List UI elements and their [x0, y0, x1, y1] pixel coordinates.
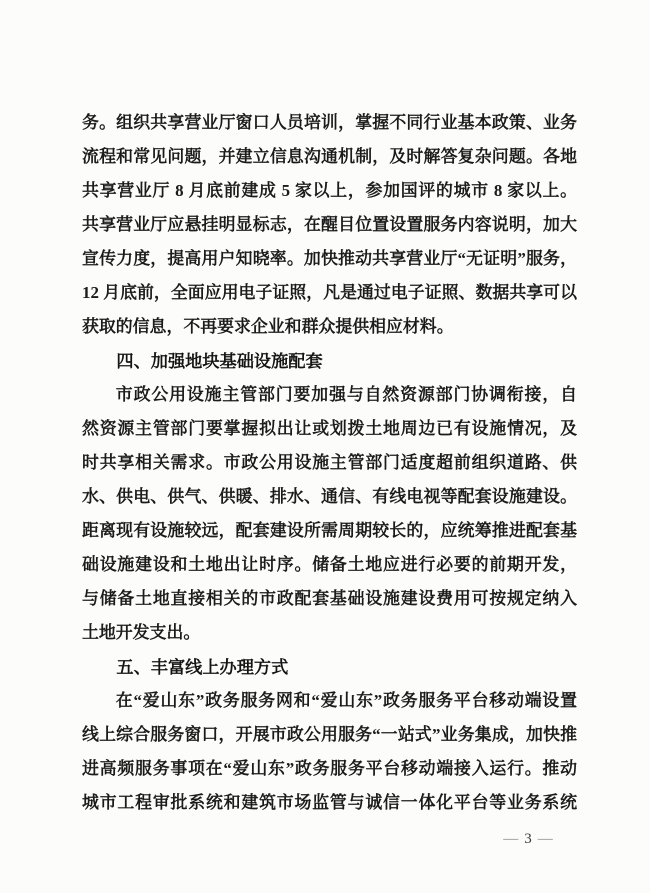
document-line-paragraph-start: 市政公用设施主管部门要加强与自然资源部门协调衔接，自 [82, 378, 577, 412]
document-line: 水、供电、供气、供暖、排水、通信、有线电视等配套设施建设。地块 [82, 480, 577, 514]
section-heading-4: 四、加强地块基础设施配套 [82, 344, 577, 378]
section-heading-5: 五、丰富线上办理方式 [82, 650, 577, 684]
document-line: 宣传力度，提高用户知晓率。加快推动共享营业厅“无证明”服务， [82, 242, 577, 276]
document-line: 务。组织共享营业厅窗口人员培训，掌握不同行业基本政策、业务 [82, 106, 577, 140]
document-line-paragraph-end: 土地开发支出。 [82, 616, 577, 650]
document-line-paragraph-start: 在“爱山东”政务服务网和“爱山东”政务服务平台移动端设置 [82, 684, 577, 718]
document-text-block: 务。组织共享营业厅窗口人员培训，掌握不同行业基本政策、业务 流程和常见问题，并建… [82, 106, 577, 820]
page-number: 3 [524, 831, 532, 847]
document-line: 12 月底前，全面应用电子证照，凡是通过电子证照、数据共享可以 [82, 276, 577, 310]
document-page: 务。组织共享营业厅窗口人员培训，掌握不同行业基本政策、业务 流程和常见问题，并建… [0, 0, 650, 893]
document-line: 距离现有设施较远，配套建设所需周期较长的，应统筹推进配套基 [82, 514, 577, 548]
document-line: 与储备土地直接相关的市政配套基础设施建设费用可按规定纳入 [82, 582, 577, 616]
page-footer: —3— [478, 826, 578, 852]
document-line: 进高频服务事项在“爱山东”政务服务平台移动端接入运行。推动 [82, 752, 577, 786]
document-line: 共享营业厅应悬挂明显标志，在醒目位置设置服务内容说明，加大 [82, 208, 577, 242]
document-line: 线上综合服务窗口，开展市政公用服务“一站式”业务集成，加快推 [82, 718, 577, 752]
page-number-right-dash: — [532, 831, 559, 847]
document-line: 然资源主管部门要掌握拟出让或划拨土地周边已有设施情况，及 [82, 412, 577, 446]
document-line: 流程和常见问题，并建立信息沟通机制，及时解答复杂问题。各地 [82, 140, 577, 174]
document-line: 城市工程审批系统和建筑市场监管与诚信一体化平台等业务系统 [82, 786, 577, 820]
document-line-paragraph-end: 获取的信息，不再要求企业和群众提供相应材料。 [82, 310, 577, 344]
page-number-left-dash: — [497, 831, 524, 847]
document-line: 础设施建设和土地出让时序。储备土地应进行必要的前期开发， [82, 548, 577, 582]
document-line: 共享营业厅 8 月底前建成 5 家以上，参加国评的城市 8 家以上。 [82, 174, 577, 208]
document-line: 时共享相关需求。市政公用设施主管部门适度超前组织道路、供 [82, 446, 577, 480]
